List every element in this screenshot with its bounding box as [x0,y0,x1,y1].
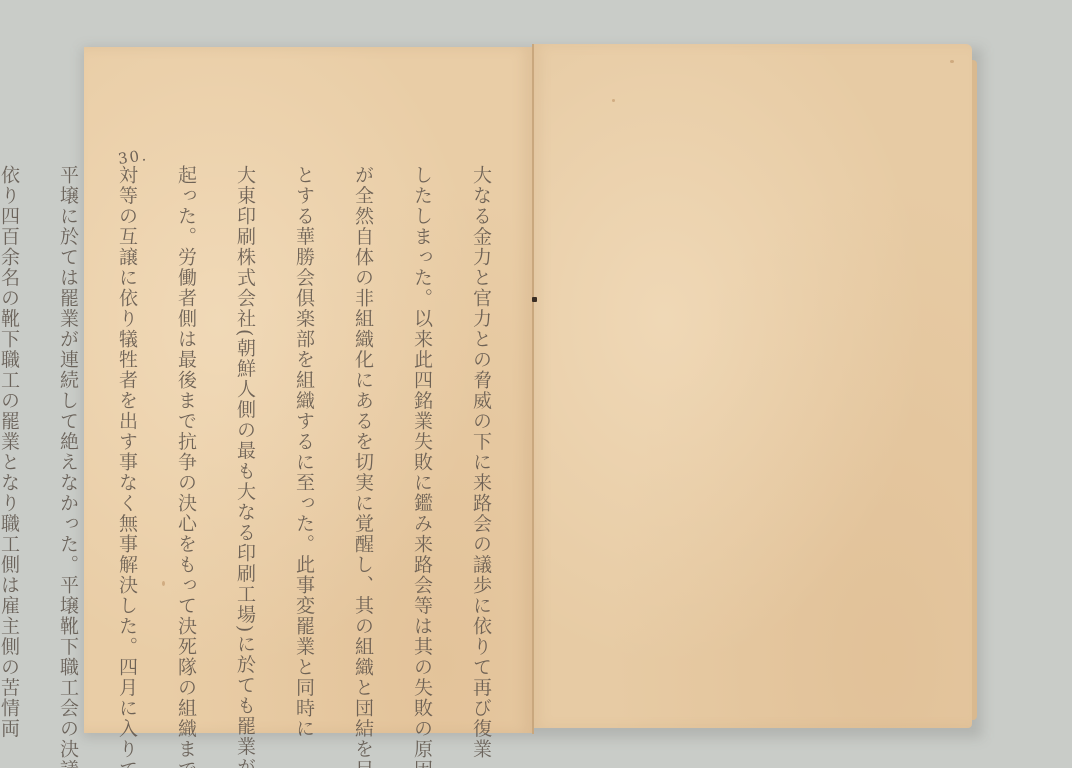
text-column: 依り四百余名の靴下職工の罷業となり職工側は雇主側の苦情両 [0,165,38,725]
text-column: したしまった。以来此四銘業失敗に鑑み来路会等は其の失敗の原因 [392,165,451,725]
text-column: が全然自体の非組織化にあるを切実に覚醒し、其の組織と団結を目標 [333,165,392,725]
text-column: 大なる金力と官力との脅威の下に来路会の議歩に依りて再び復業 [451,165,510,725]
right-page [532,44,972,728]
text-column: 平壌に於ては罷業が連続して絶えなかった。平壌靴下職工会の決議に [38,165,97,725]
manuscript-text: 大なる金力と官力との脅威の下に来路会の議歩に依りて再び復業 したしまった。以来此… [125,165,510,725]
staple-icon [532,297,537,302]
paper-stain [950,60,954,63]
text-column: 対等の互譲に依り犠牲者を出す事なく無事解決した。四月に入りては [97,165,156,725]
book-spine-fold [532,44,534,734]
text-column: とする華勝会俱楽部を組織するに至った。此事変罷業と同時に [274,165,333,725]
text-column: 起った。労働者側は最後まで抗争の決心をもって決死隊の組織まで見たが [156,165,215,725]
paper-stain [612,99,615,102]
text-column: 大東印刷株式会社(朝鮮人側の最も大なる印刷工場)に於ても罷業が [215,165,274,725]
